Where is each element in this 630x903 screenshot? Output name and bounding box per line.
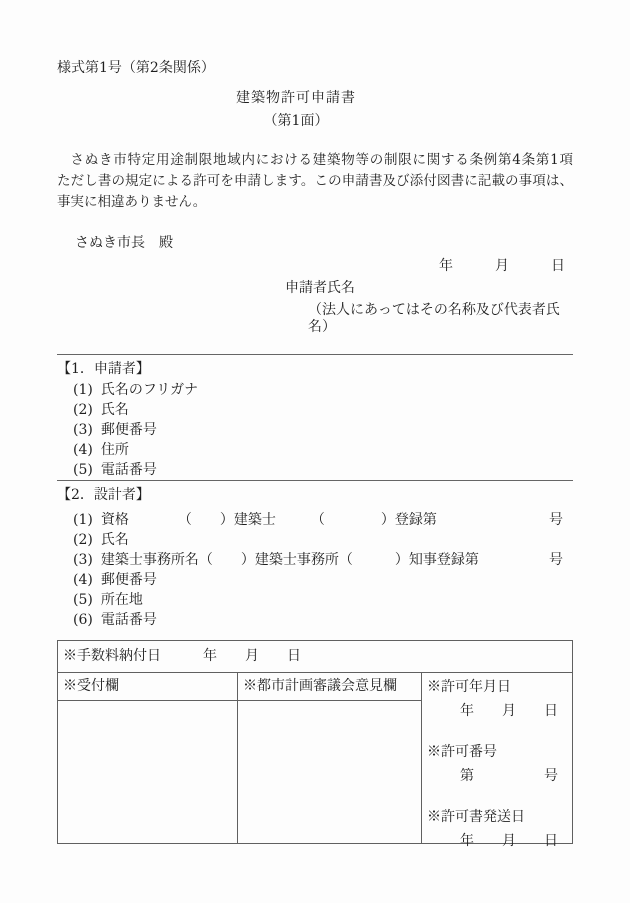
section-applicant: 【1．申請者】 (1) 氏名のフリガナ (2) 氏名 (3) 郵便番号 (4) … [57,354,573,480]
item-label: 所在地 [101,590,143,610]
item-number: (3) [73,420,93,440]
council-opinion-column: ※都市計画審議会意見欄 [238,673,422,843]
declaration-paragraph: さぬき市特定用途制限地域内における建築物等の制限に関する条例第4条第1項 ただし… [57,150,573,213]
permit-date-label: ※許可年月日 [427,679,567,696]
permit-dispatch-value: 年 月 日 [460,833,567,850]
form-page: 様式第1号（第2条関係） 建築物許可申請書 （第1面） さぬき市特定用途制限地域… [0,0,630,903]
item-label: 氏名 [101,530,129,550]
form-number: 様式第1号（第2条関係） [57,60,573,77]
form-item-row: (4) 住所 [73,440,573,460]
item-label: 建築士事務所名（ ）建築士事務所（ ）知事登録第 [101,550,479,570]
permit-date-value: 年 月 日 [460,703,567,720]
section-designer: 【2．設計者】 (1) 資格 （ ）建築士 （ ）登録第 号 (2) 氏名 (3… [57,480,573,630]
permit-number-label: ※許可番号 [427,744,567,761]
item-suffix: 号 [549,550,563,570]
item-number: (2) [73,530,93,550]
form-item-row: (5) 所在地 [73,590,573,610]
item-number: (5) [73,590,93,610]
form-item-row: (4) 郵便番号 [73,570,573,590]
declaration-line: さぬき市特定用途制限地域内における建築物等の制限に関する条例第4条第1項 [57,150,573,171]
permit-number-value: 第 号 [460,768,567,785]
item-label: 氏名のフリガナ [101,380,198,400]
item-label: 電話番号 [101,610,157,630]
section-designer-title: 【2．設計者】 [57,486,573,504]
item-number: (1) [73,380,93,400]
form-item-row: (5) 電話番号 [73,460,573,480]
item-number: (4) [73,570,93,590]
declaration-line: 事実に相違ありません。 [57,192,573,213]
reception-column: ※受付欄 [58,673,238,843]
application-date-line: 年 月 日 [57,258,573,275]
reception-blank-area [58,701,237,843]
fee-payment-date-row: ※手数料納付日 年 月 日 [58,641,572,673]
permit-column: ※許可年月日 年 月 日 ※許可番号 第 号 ※許可書発送日 年 月 日 [422,673,572,843]
item-label: 郵便番号 [101,420,157,440]
form-item-row: (1) 氏名のフリガナ [73,380,573,400]
form-item-row: (2) 氏名 [73,530,573,550]
form-item-row: (2) 氏名 [73,400,573,420]
item-number: (3) [73,550,93,570]
item-label: 郵便番号 [101,570,157,590]
section-applicant-title: 【1．申請者】 [57,360,573,378]
form-item-row: (3) 郵便番号 [73,420,573,440]
item-label: 氏名 [101,400,129,420]
applicant-name-label: 申請者氏名 [285,280,573,297]
item-label: 電話番号 [101,460,157,480]
reception-header: ※受付欄 [58,673,237,701]
permit-dispatch-label: ※許可書発送日 [427,809,567,826]
page-indicator: （第1面） [57,113,535,130]
declaration-line: ただし書の規定による許可を申請します。この申請書及び添付図書に記載の事項は、 [57,171,573,192]
item-label: 資格 （ ）建築士 （ ）登録第 [101,510,437,530]
item-suffix: 号 [549,510,563,530]
item-number: (5) [73,460,93,480]
form-item-row: (3) 建築士事務所名（ ）建築士事務所（ ）知事登録第 号 [73,550,573,570]
corporate-name-note: （法人にあってはその名称及び代表者氏名） [308,302,573,336]
form-item-row: (6) 電話番号 [73,610,573,630]
form-item-row: (1) 資格 （ ）建築士 （ ）登録第 号 [73,510,573,530]
office-table-lower-row: ※受付欄 ※都市計画審議会意見欄 ※許可年月日 年 月 日 ※許可番号 第 号 … [58,673,572,843]
council-opinion-blank-area [238,701,421,843]
office-use-table: ※手数料納付日 年 月 日 ※受付欄 ※都市計画審議会意見欄 ※許可年月日 年 … [57,640,573,844]
document-title: 建築物許可申請書 [57,90,535,107]
item-number: (6) [73,610,93,630]
item-number: (1) [73,510,93,530]
item-number: (2) [73,400,93,420]
item-number: (4) [73,440,93,460]
addressee-line: さぬき市長 殿 [75,235,573,252]
item-label: 住所 [101,440,129,460]
council-opinion-header: ※都市計画審議会意見欄 [238,673,421,701]
